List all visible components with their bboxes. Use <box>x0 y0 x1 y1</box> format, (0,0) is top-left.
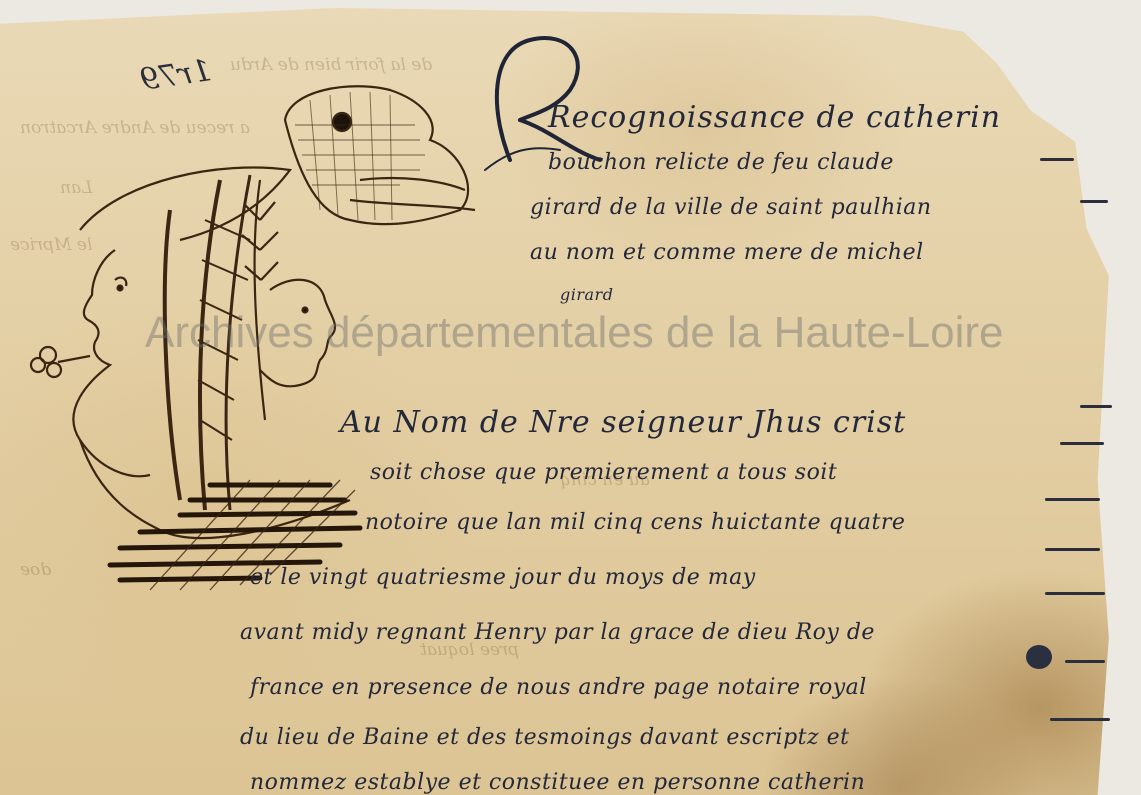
bleed-through-text: de la forir bien de Ardu <box>230 55 432 75</box>
line-filler-dash <box>1080 405 1112 408</box>
manuscript-line: et le vingt quatriesme jour du moys de m… <box>250 565 756 590</box>
manuscript-line: au nom et comme mere de michel <box>530 240 924 265</box>
manuscript-line: nommez establye et constituee en personn… <box>250 770 865 795</box>
manuscript-line: girard de la ville de saint paulhian <box>530 195 932 220</box>
manuscript-line: soit chose que premierement a tous soit <box>370 460 837 485</box>
ink-blot <box>1026 645 1052 669</box>
line-filler-dash <box>1045 548 1100 551</box>
manuscript-line: Au Nom de Nre seigneur Jhus crist <box>340 405 906 440</box>
manuscript-line: girard <box>560 285 613 304</box>
manuscript-line: france en presence de nous andre page no… <box>250 675 867 700</box>
manuscript-line: bouchon relicte de feu claude <box>548 150 894 175</box>
manuscript-line: avant midy regnant Henry par la grace de… <box>240 620 875 645</box>
archive-watermark: Archives départementales de la Haute-Loi… <box>145 308 1003 358</box>
line-filler-dash <box>1045 498 1100 501</box>
line-filler-dash <box>1080 200 1108 203</box>
line-filler-dash <box>1045 592 1105 595</box>
manuscript-line: notoire que lan mil cinq cens huictante … <box>365 510 905 535</box>
line-filler-dash <box>1040 158 1074 161</box>
manuscript-line: du lieu de Baine et des tesmoings davant… <box>240 725 849 750</box>
line-filler-dash <box>1050 718 1110 721</box>
line-filler-dash <box>1060 442 1104 445</box>
line-filler-dash <box>1065 660 1105 663</box>
document-title: Recognoissance de catherin <box>548 100 1001 135</box>
